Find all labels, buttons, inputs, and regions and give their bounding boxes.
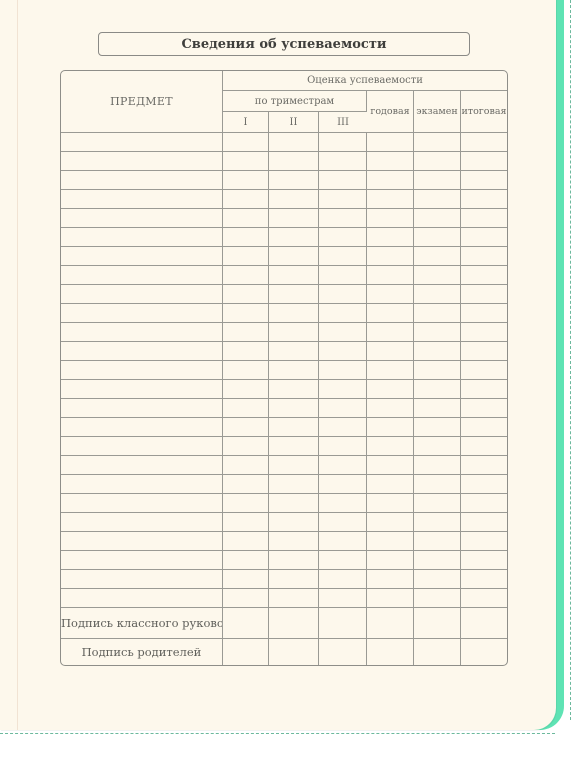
final-grade-cell[interactable] [461,380,507,399]
term-1-cell[interactable] [223,589,269,608]
exam-grade-cell[interactable] [414,152,461,171]
table-row [61,513,507,532]
term-1-cell[interactable] [223,228,269,247]
final-grade-header: итоговая [461,91,507,133]
term-2-cell[interactable] [269,570,319,589]
subject-cell[interactable] [61,133,223,152]
term-3-cell[interactable] [319,513,367,532]
term-1-cell[interactable] [223,247,269,266]
table-row [61,171,507,190]
table-row [61,589,507,608]
exam-grade-cell[interactable] [414,418,461,437]
final-grade-cell[interactable] [461,171,507,190]
exam-grade-cell[interactable] [414,247,461,266]
table-row [61,342,507,361]
subject-cell[interactable] [61,285,223,304]
signature-cell[interactable] [223,608,269,639]
signature-cell[interactable] [367,639,414,665]
subject-cell[interactable] [61,228,223,247]
term-2-cell[interactable] [269,133,319,152]
term-3-cell[interactable] [319,304,367,323]
term-2-cell[interactable] [269,285,319,304]
term-2-header: II [269,112,319,133]
annual-grade-cell[interactable] [367,228,414,247]
subject-cell[interactable] [61,399,223,418]
cover-stitching-bottom [0,733,555,734]
final-grade-cell[interactable] [461,589,507,608]
final-grade-cell[interactable] [461,342,507,361]
term-2-cell[interactable] [269,209,319,228]
term-1-cell[interactable] [223,399,269,418]
table-row [61,323,507,342]
final-grade-cell[interactable] [461,266,507,285]
final-grade-cell[interactable] [461,285,507,304]
exam-grade-cell[interactable] [414,304,461,323]
exam-grade-cell[interactable] [414,513,461,532]
exam-grade-cell[interactable] [414,532,461,551]
exam-grade-cell[interactable] [414,399,461,418]
term-3-cell[interactable] [319,589,367,608]
exam-grade-cell[interactable] [414,551,461,570]
subject-cell[interactable] [61,589,223,608]
annual-grade-cell[interactable] [367,418,414,437]
grades-table: ПРЕДМЕТ Оценка успеваемости по триместра… [60,70,508,666]
exam-grade-cell[interactable] [414,133,461,152]
subject-cell[interactable] [61,513,223,532]
subject-cell[interactable] [61,190,223,209]
term-1-cell[interactable] [223,380,269,399]
subject-cell[interactable] [61,532,223,551]
signature-cell[interactable] [319,639,367,665]
term-3-cell[interactable] [319,361,367,380]
exam-grade-cell[interactable] [414,570,461,589]
exam-grade-cell[interactable] [414,228,461,247]
annual-grade-cell[interactable] [367,437,414,456]
annual-grade-cell[interactable] [367,171,414,190]
final-grade-cell[interactable] [461,418,507,437]
signature-cell[interactable] [223,639,269,665]
table-row [61,380,507,399]
annual-grade-cell[interactable] [367,551,414,570]
term-1-cell[interactable] [223,513,269,532]
annual-grade-cell[interactable] [367,190,414,209]
term-3-cell[interactable] [319,285,367,304]
term-1-cell[interactable] [223,190,269,209]
subject-cell[interactable] [61,570,223,589]
term-3-cell[interactable] [319,266,367,285]
term-1-cell[interactable] [223,285,269,304]
term-1-cell[interactable] [223,437,269,456]
term-1-cell[interactable] [223,323,269,342]
term-group-header: по триместрам [223,91,367,112]
final-grade-cell[interactable] [461,209,507,228]
table-row [61,418,507,437]
subject-cell[interactable] [61,551,223,570]
term-1-cell[interactable] [223,551,269,570]
annual-grade-cell[interactable] [367,152,414,171]
term-3-cell[interactable] [319,494,367,513]
table-row [61,551,507,570]
term-1-header: I [223,112,269,133]
subject-cell[interactable] [61,266,223,285]
term-2-cell[interactable] [269,190,319,209]
table-row [61,437,507,456]
table-row [61,361,507,380]
term-3-cell[interactable] [319,133,367,152]
final-grade-cell[interactable] [461,228,507,247]
annual-grade-cell[interactable] [367,247,414,266]
term-2-cell[interactable] [269,247,319,266]
annual-grade-cell[interactable] [367,513,414,532]
term-1-cell[interactable] [223,456,269,475]
exam-grade-cell[interactable] [414,475,461,494]
table-row [61,532,507,551]
term-3-cell[interactable] [319,551,367,570]
term-1-cell[interactable] [223,532,269,551]
table-row [61,152,507,171]
final-grade-cell[interactable] [461,494,507,513]
subject-cell[interactable] [61,342,223,361]
exam-grade-cell[interactable] [414,171,461,190]
final-grade-cell[interactable] [461,247,507,266]
signature-cell[interactable] [461,608,507,639]
annual-grade-cell[interactable] [367,475,414,494]
term-1-cell[interactable] [223,266,269,285]
final-grade-cell[interactable] [461,304,507,323]
annual-grade-cell[interactable] [367,209,414,228]
final-grade-cell[interactable] [461,361,507,380]
exam-grade-cell[interactable] [414,494,461,513]
term-3-cell[interactable] [319,437,367,456]
page-gutter-line [17,0,18,730]
annual-grade-cell[interactable] [367,323,414,342]
annual-grade-cell[interactable] [367,342,414,361]
subject-cell[interactable] [61,418,223,437]
final-grade-cell[interactable] [461,152,507,171]
subject-cell[interactable] [61,475,223,494]
term-2-cell[interactable] [269,532,319,551]
exam-grade-cell[interactable] [414,342,461,361]
term-2-cell[interactable] [269,437,319,456]
term-1-cell[interactable] [223,209,269,228]
signature-cell[interactable] [367,608,414,639]
annual-grade-cell[interactable] [367,494,414,513]
term-2-cell[interactable] [269,361,319,380]
term-3-cell[interactable] [319,323,367,342]
term-3-cell[interactable] [319,456,367,475]
term-2-cell[interactable] [269,380,319,399]
final-grade-cell[interactable] [461,399,507,418]
term-3-cell[interactable] [319,190,367,209]
exam-grade-header: экзамен [414,91,461,133]
exam-grade-cell[interactable] [414,589,461,608]
term-2-cell[interactable] [269,399,319,418]
term-1-cell[interactable] [223,418,269,437]
table-row [61,247,507,266]
table-row [61,190,507,209]
table-row [61,304,507,323]
subject-cell[interactable] [61,304,223,323]
signature-cell[interactable] [269,608,319,639]
term-2-cell[interactable] [269,456,319,475]
subject-cell[interactable] [61,152,223,171]
final-grade-cell[interactable] [461,475,507,494]
cover-stitching-right [570,0,571,720]
term-3-cell[interactable] [319,532,367,551]
term-3-header: III [319,112,367,133]
table-row [61,494,507,513]
exam-grade-cell[interactable] [414,456,461,475]
table-row [61,209,507,228]
term-3-cell[interactable] [319,247,367,266]
term-1-cell[interactable] [223,133,269,152]
signature-cell[interactable] [269,639,319,665]
subject-cell[interactable] [61,323,223,342]
term-2-cell[interactable] [269,475,319,494]
term-1-cell[interactable] [223,475,269,494]
final-grade-cell[interactable] [461,437,507,456]
final-grade-cell[interactable] [461,323,507,342]
annual-grade-cell[interactable] [367,361,414,380]
signature-label-parents: Подпись родителей [61,639,223,665]
final-grade-cell[interactable] [461,551,507,570]
term-2-cell[interactable] [269,266,319,285]
annual-grade-cell[interactable] [367,570,414,589]
term-1-cell[interactable] [223,494,269,513]
term-2-cell[interactable] [269,171,319,190]
term-1-cell[interactable] [223,342,269,361]
table-row [61,285,507,304]
exam-grade-cell[interactable] [414,437,461,456]
signature-cell[interactable] [461,639,507,665]
term-2-cell[interactable] [269,513,319,532]
term-2-cell[interactable] [269,551,319,570]
signature-row-parents: Подпись родителей [61,639,507,665]
term-3-cell[interactable] [319,570,367,589]
term-2-cell[interactable] [269,152,319,171]
term-2-cell[interactable] [269,323,319,342]
table-row [61,133,507,152]
grade-group-header: Оценка успеваемости [223,71,507,91]
signature-label-teacher: Подпись классного руководителя [61,608,223,639]
annual-grade-header: годовая [367,91,414,133]
term-3-cell[interactable] [319,475,367,494]
term-1-cell[interactable] [223,304,269,323]
term-1-cell[interactable] [223,171,269,190]
annual-grade-cell[interactable] [367,456,414,475]
exam-grade-cell[interactable] [414,323,461,342]
annual-grade-cell[interactable] [367,399,414,418]
subject-cell[interactable] [61,247,223,266]
exam-grade-cell[interactable] [414,285,461,304]
subject-cell[interactable] [61,456,223,475]
page-title-text: Сведения об успеваемости [181,37,386,52]
term-1-cell[interactable] [223,361,269,380]
term-3-cell[interactable] [319,152,367,171]
annual-grade-cell[interactable] [367,380,414,399]
term-2-cell[interactable] [269,418,319,437]
subject-cell[interactable] [61,437,223,456]
signature-cell[interactable] [414,639,461,665]
term-2-cell[interactable] [269,342,319,361]
term-3-cell[interactable] [319,342,367,361]
annual-grade-cell[interactable] [367,266,414,285]
grades-table-body: Подпись классного руководителя Подпись р… [61,133,507,665]
exam-grade-cell[interactable] [414,361,461,380]
term-3-cell[interactable] [319,418,367,437]
subject-column-header: ПРЕДМЕТ [61,71,223,133]
term-2-cell[interactable] [269,304,319,323]
term-3-cell[interactable] [319,171,367,190]
term-2-cell[interactable] [269,589,319,608]
subject-cell[interactable] [61,171,223,190]
final-grade-cell[interactable] [461,190,507,209]
final-grade-cell[interactable] [461,532,507,551]
table-row [61,475,507,494]
subject-cell[interactable] [61,361,223,380]
annual-grade-cell[interactable] [367,285,414,304]
exam-grade-cell[interactable] [414,209,461,228]
subject-cell[interactable] [61,494,223,513]
exam-grade-cell[interactable] [414,380,461,399]
term-3-cell[interactable] [319,380,367,399]
table-row [61,266,507,285]
final-grade-cell[interactable] [461,570,507,589]
term-2-cell[interactable] [269,228,319,247]
annual-grade-cell[interactable] [367,304,414,323]
annual-grade-cell[interactable] [367,589,414,608]
annual-grade-cell[interactable] [367,133,414,152]
signature-row-teacher: Подпись классного руководителя [61,608,507,639]
signature-cell[interactable] [414,608,461,639]
subject-cell[interactable] [61,209,223,228]
final-grade-cell[interactable] [461,133,507,152]
term-1-cell[interactable] [223,152,269,171]
page-title: Сведения об успеваемости [98,32,470,56]
exam-grade-cell[interactable] [414,266,461,285]
term-3-cell[interactable] [319,228,367,247]
annual-grade-cell[interactable] [367,532,414,551]
subject-cell[interactable] [61,380,223,399]
table-row [61,228,507,247]
final-grade-cell[interactable] [461,513,507,532]
term-3-cell[interactable] [319,399,367,418]
exam-grade-cell[interactable] [414,190,461,209]
table-row [61,399,507,418]
signature-cell[interactable] [319,608,367,639]
term-3-cell[interactable] [319,209,367,228]
term-2-cell[interactable] [269,494,319,513]
term-1-cell[interactable] [223,570,269,589]
table-row [61,570,507,589]
final-grade-cell[interactable] [461,456,507,475]
table-row [61,456,507,475]
